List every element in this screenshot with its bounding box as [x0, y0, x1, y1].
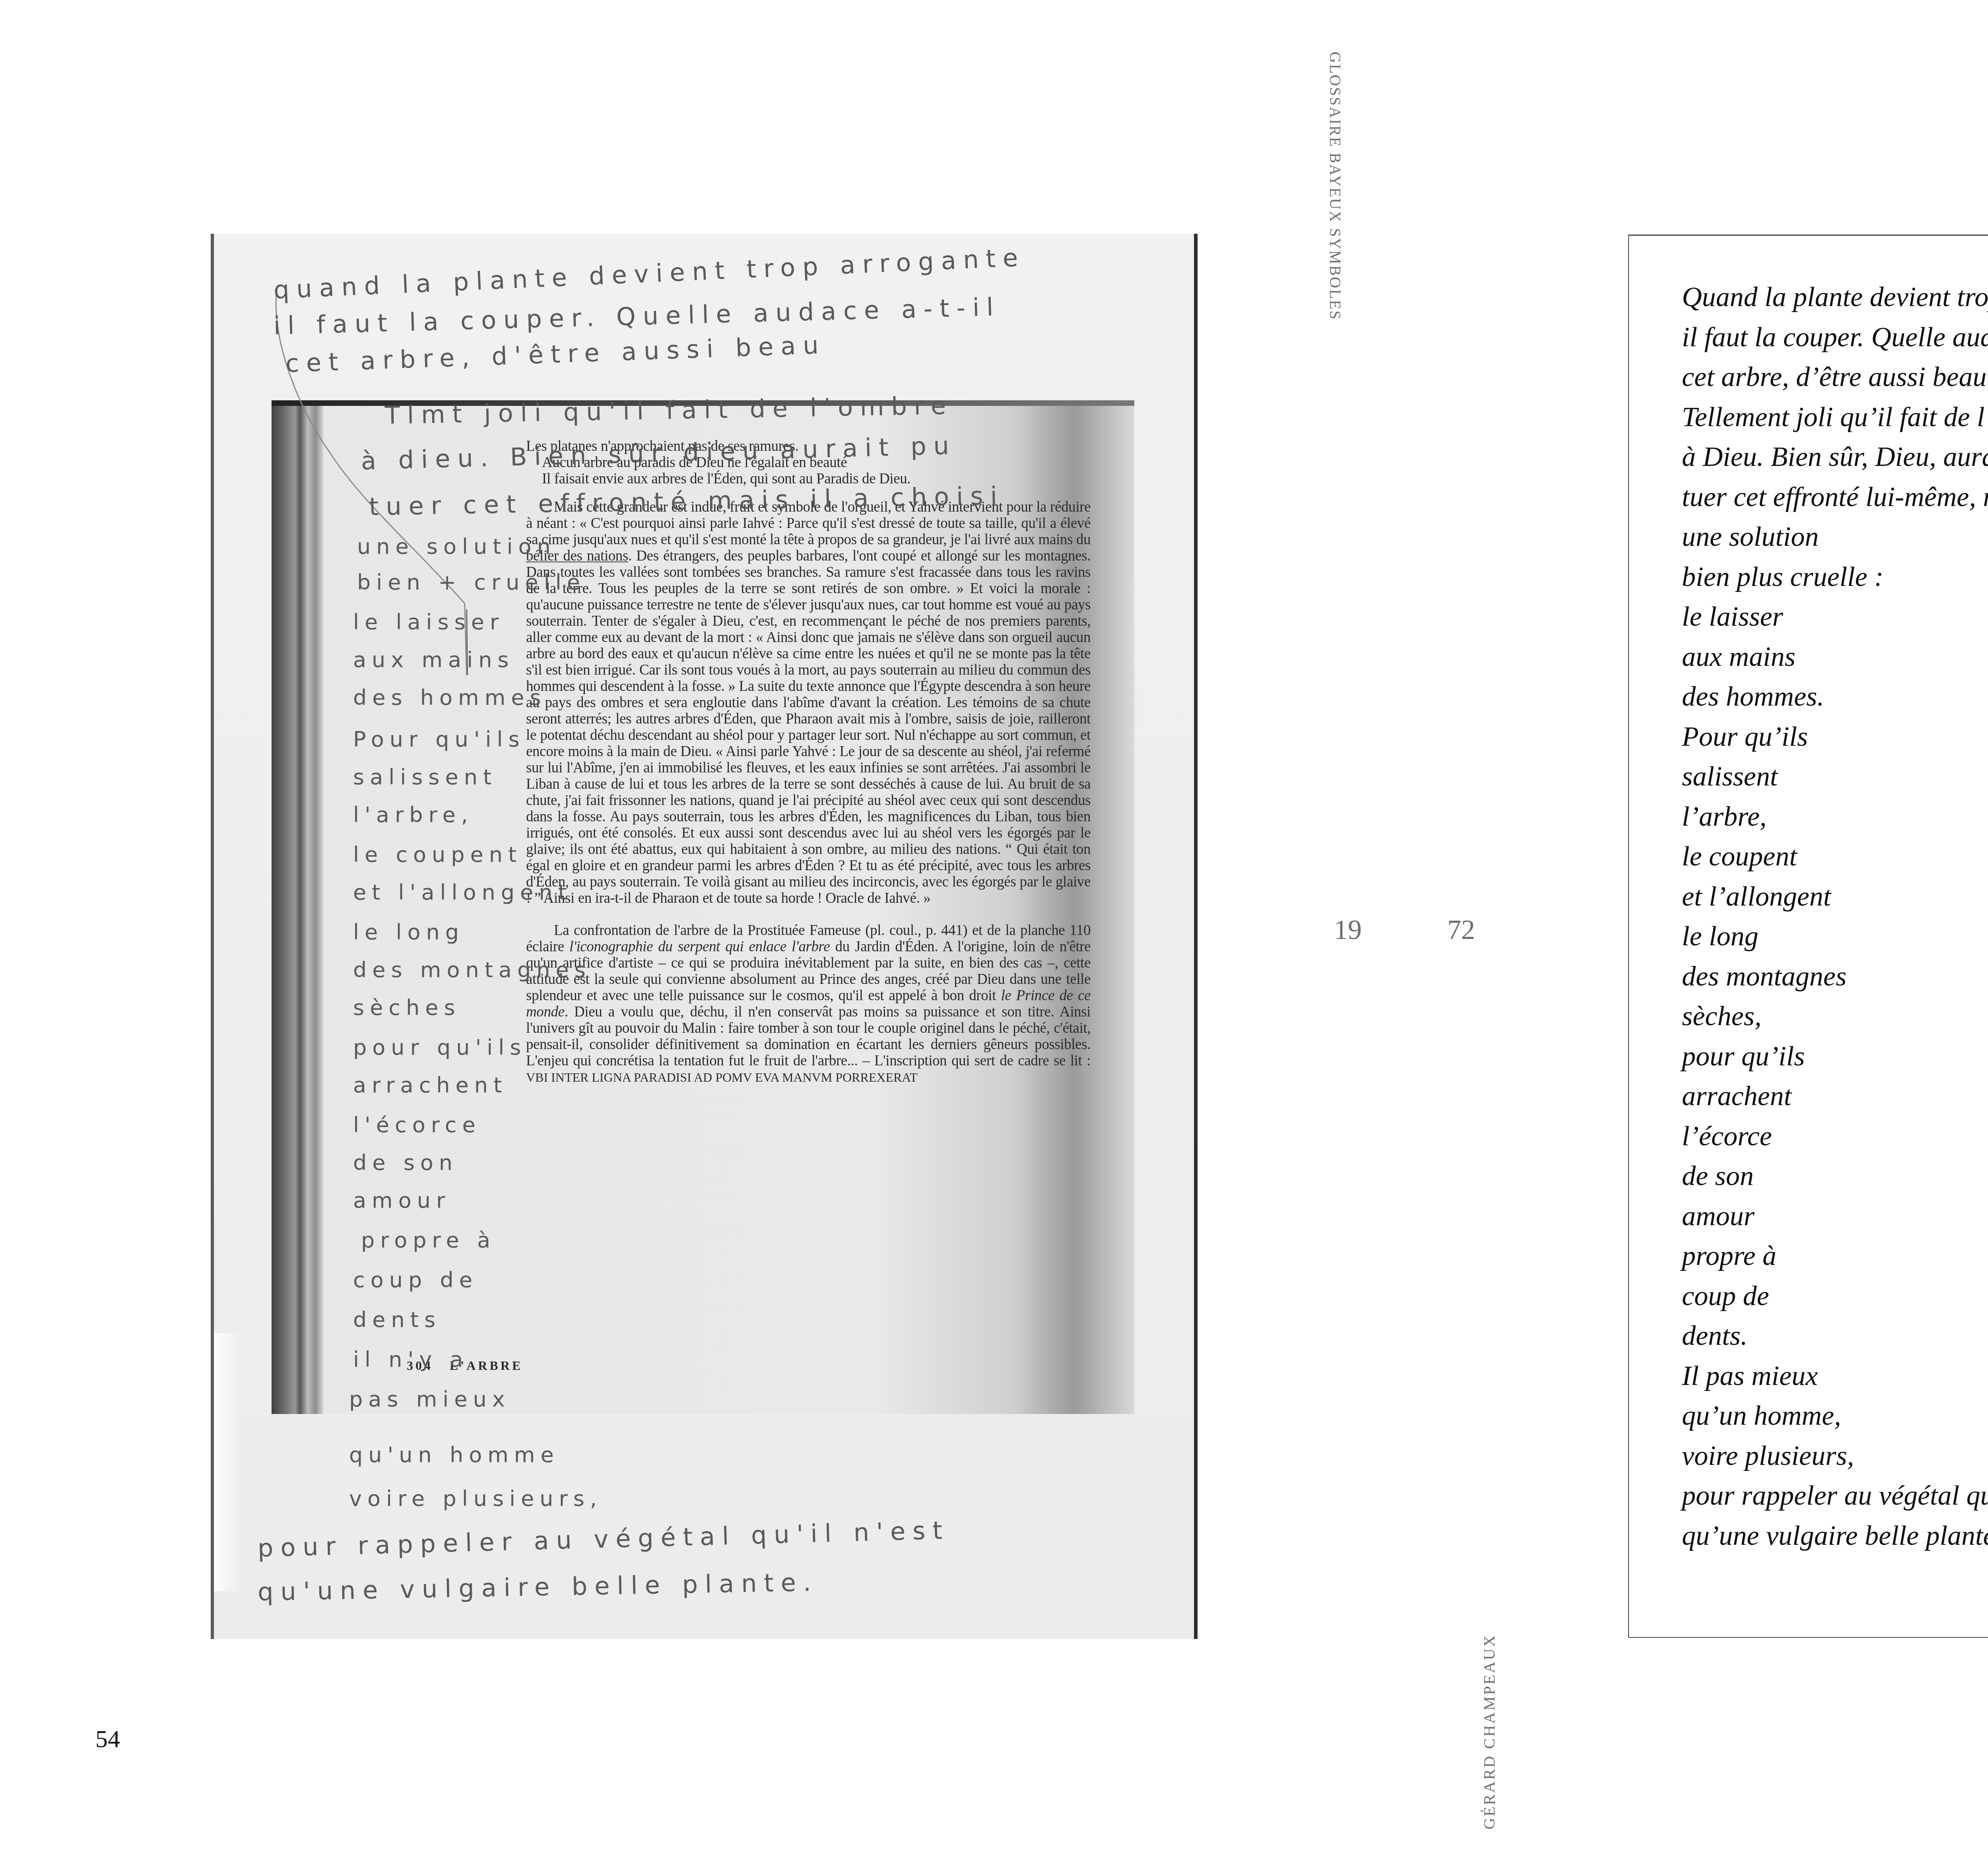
spine-year-left: 19 — [1334, 914, 1362, 946]
poem-line: tuer cet effronté lui-même, mais il a ch… — [1682, 477, 1988, 518]
poem-line: pour rappeler au végétal qu’il n’est — [1682, 1476, 1988, 1516]
handwritten-line: pas mieux — [349, 1387, 511, 1412]
spine-series-title: GLOSSAIRE BAYEUX SYMBOLES — [1320, 52, 1344, 235]
poem-transcription: Quand la plante devient trop arrogante i… — [1682, 277, 1988, 1556]
spine-year-right: 72 — [1447, 914, 1475, 946]
poem-line: arrachent — [1682, 1077, 1988, 1117]
poem-line: des hommes. — [1682, 677, 1988, 717]
poem-line: il faut la couper. Quelle audace a-t-il — [1682, 318, 1988, 358]
poem-line: cet arbre, d’être aussi beau. — [1682, 357, 1988, 398]
handwritten-line: il n'y a — [353, 1347, 468, 1372]
handwritten-line: qu'une vulgaire belle plante. — [257, 1567, 818, 1606]
handwritten-line: salissent — [353, 764, 497, 789]
handwritten-line: aux mains — [353, 647, 514, 672]
poem-line: l’arbre, — [1682, 797, 1988, 837]
handwritten-line: Pour qu'ils — [353, 727, 525, 752]
handwritten-line: bien + cruelle — [357, 570, 586, 595]
poem-line: une solution — [1682, 517, 1988, 557]
handwritten-line: voire plusieurs, — [349, 1486, 602, 1511]
poem-line: salissent — [1682, 757, 1988, 797]
poem-line: dents. — [1682, 1316, 1988, 1356]
poem-line: voire plusieurs, — [1682, 1436, 1988, 1476]
handwritten-line: le long — [353, 919, 464, 945]
handwritten-line: de son — [353, 1150, 458, 1175]
handwritten-line: des hommes — [353, 685, 547, 710]
printed-paragraph-1: Mais cette grandeur est indue, fruit et … — [526, 499, 1091, 906]
poem-line: coup de — [1682, 1276, 1988, 1317]
poem-line: l’écorce — [1682, 1117, 1988, 1157]
poem-line: propre à — [1682, 1236, 1988, 1276]
poem-line: des montagnes — [1682, 957, 1988, 997]
poem-line: et l’allongent — [1682, 877, 1988, 917]
poem-frame: Quand la plante devient trop arrogante i… — [1628, 235, 1988, 1638]
handwritten-line: dents — [353, 1307, 441, 1332]
handwritten-line: pour qu'ils — [353, 1035, 526, 1060]
handwritten-line: coup de — [353, 1267, 478, 1292]
poem-line: pour qu’ils — [1682, 1037, 1988, 1077]
poem-line: amour — [1682, 1197, 1988, 1237]
handwritten-line: pour rappeler au végétal qu'il n'est — [257, 1515, 950, 1563]
spine-author-name: GÉRARD CHAMPEAUX — [1480, 1634, 1499, 1829]
handwritten-line: le coupent — [353, 842, 522, 867]
page-number-left: 54 — [95, 1725, 120, 1753]
handwritten-line: l'arbre, — [353, 802, 474, 827]
handwritten-line: et l'allongent — [353, 880, 572, 905]
manuscript-scan: Les platanes n'approchaient pas de ses r… — [211, 234, 1198, 1639]
poem-line: Quand la plante devient trop arrogante — [1682, 277, 1988, 318]
printed-paragraph-2: La confrontation de l'arbre de la Prosti… — [526, 922, 1091, 1086]
handwritten-line: amour — [353, 1188, 450, 1213]
poem-line: de son — [1682, 1156, 1988, 1197]
handwritten-line: arrachent — [353, 1073, 507, 1098]
printed-book-text: Les platanes n'approchaient pas de ses r… — [526, 438, 1091, 1086]
poem-line: Il pas mieux — [1682, 1356, 1988, 1397]
poem-line: le long — [1682, 917, 1988, 957]
book-gutter-shadow — [272, 400, 323, 1414]
poem-line: qu’un homme, — [1682, 1396, 1988, 1436]
latin-inscription: VBI INTER LIGNA PARADISI AD POMV EVA MAN… — [526, 1070, 917, 1084]
poem-line: qu’une vulgaire belle plante. — [1682, 1516, 1988, 1556]
poem-line: le coupent — [1682, 837, 1988, 877]
poem-line: le laisser — [1682, 597, 1988, 637]
poem-line: à Dieu. Bien sûr, Dieu, aurait pu — [1682, 437, 1988, 477]
handwritten-line: sèches — [353, 995, 461, 1020]
handwritten-line: le laisser — [353, 609, 504, 634]
poem-line: Tellement joli qu’il fait de l’ombre — [1682, 398, 1988, 438]
handwritten-line: propre à — [361, 1228, 496, 1253]
handwritten-line: qu'un homme — [349, 1442, 559, 1467]
poem-line: bien plus cruelle : — [1682, 557, 1988, 597]
poem-line: aux mains — [1682, 637, 1988, 677]
handwritten-line: l'écorce — [353, 1112, 481, 1137]
handwritten-line: des montagnes — [353, 957, 591, 982]
poem-line: Pour qu’ils — [1682, 717, 1988, 757]
poem-line: sèches, — [1682, 997, 1988, 1037]
handwritten-line: une solution — [357, 534, 556, 559]
